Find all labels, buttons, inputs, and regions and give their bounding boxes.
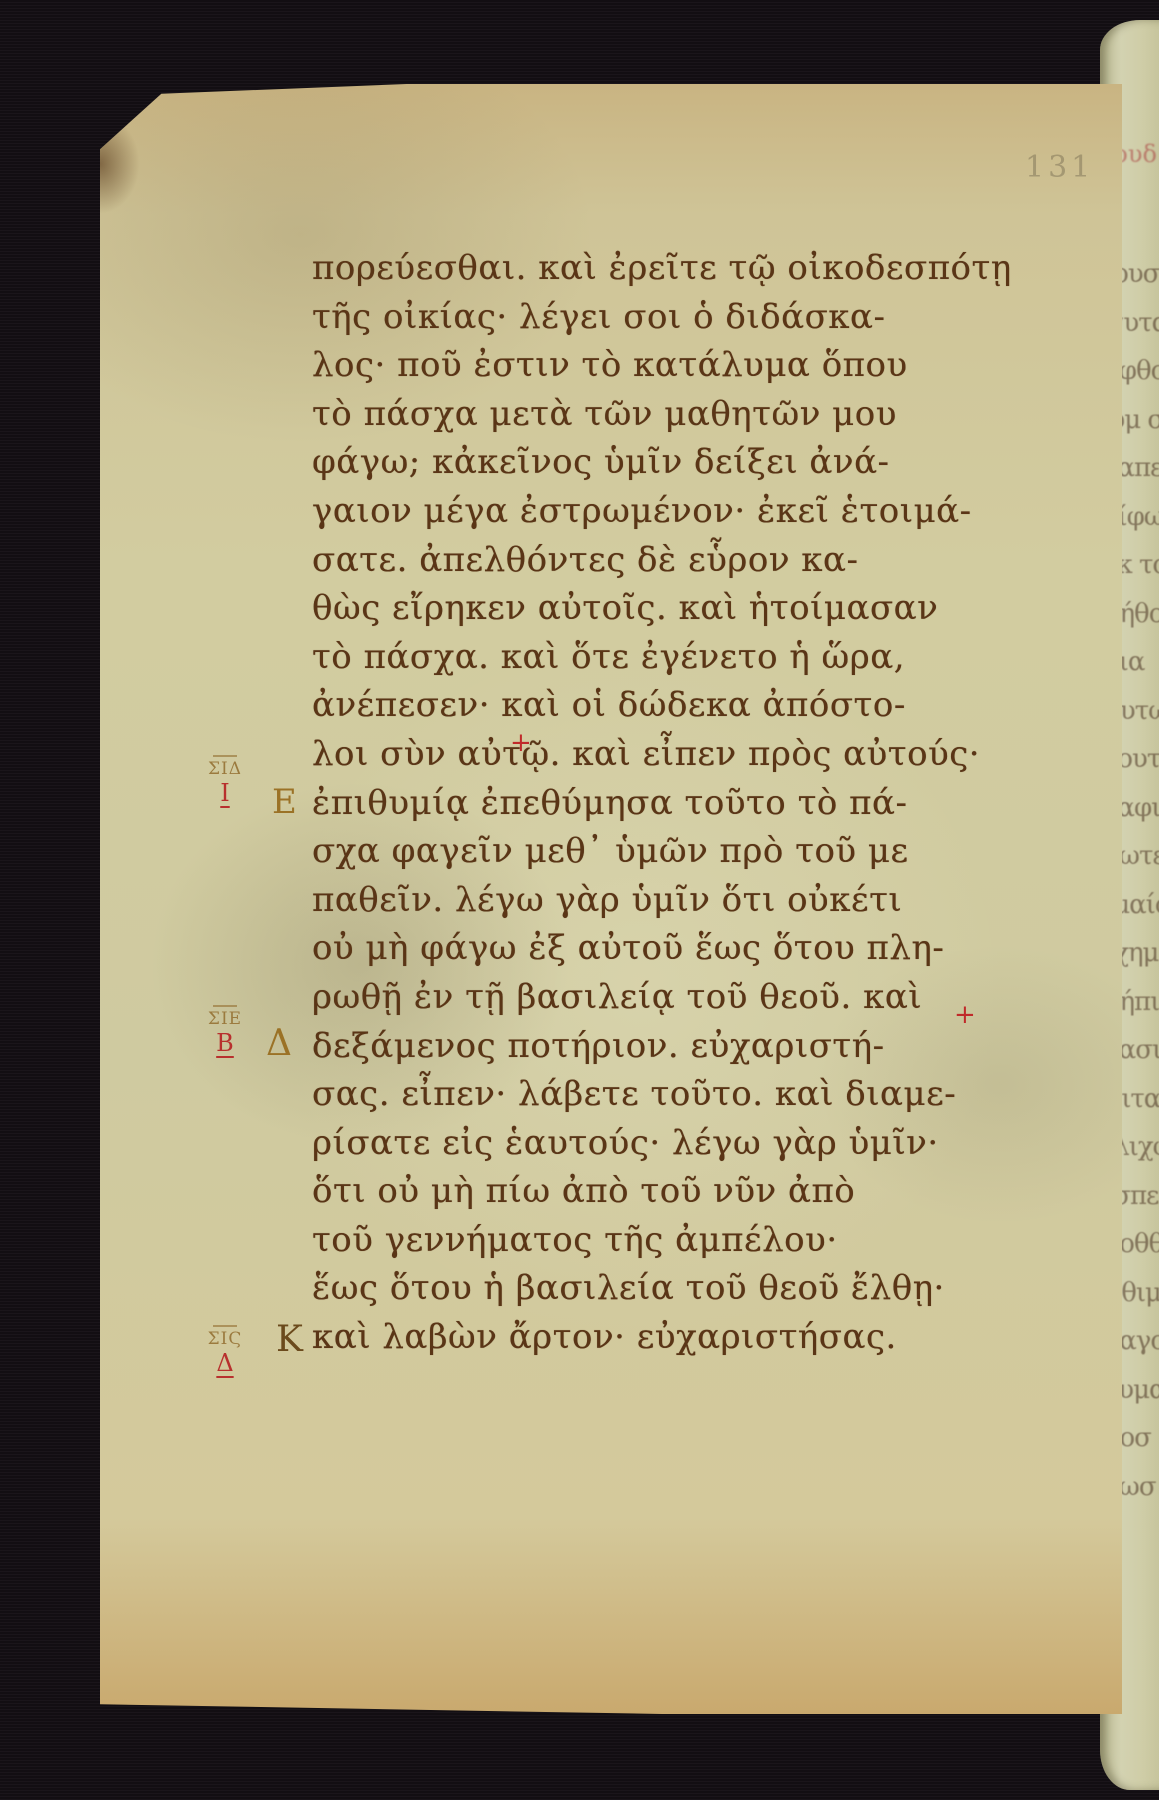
initial-epsilon: Ε: [272, 778, 297, 826]
section-number: ΣΙϚ: [195, 1329, 255, 1349]
text-line-5: φάγω; κἀκεῖνος ὑμῖν δείξει ἀνά-: [312, 438, 1102, 487]
margin-note-section-214: ΣΙΔ Ι: [195, 755, 255, 807]
text-line-2: τῆς οἰκίας· λέγει σοι ὁ διδάσκα-: [312, 293, 1102, 342]
text-line-23: καὶ λαβὼν ἄρτον· εὐχαριστήσας.: [312, 1313, 1102, 1362]
text-line-6: γαιον μέγα ἐστρωμένον· ἐκεῖ ἑτοιμά-: [312, 487, 1102, 536]
text-line-4: τὸ πάσχα μετὰ τῶν μαθητῶν μου: [312, 390, 1102, 439]
text-line-19: ρίσατε εἰς ἑαυτούς· λέγω γὰρ ὑμῖν·: [312, 1119, 1102, 1168]
text-line-9: τὸ πάσχα. καὶ ὅτε ἐγένετο ἡ ὥρα,: [312, 633, 1102, 682]
text-line-21: τοῦ γεννήματος τῆς ἀμπέλου·: [312, 1216, 1102, 1265]
initial-delta: Δ: [266, 1020, 292, 1068]
rubric-cross: +: [510, 728, 532, 758]
canon-number: Β: [195, 1029, 255, 1057]
text-line-13: σχα φαγεῖν μεθ᾽ ὑμῶν πρὸ τοῦ με: [312, 827, 1102, 876]
text-line-10: ἀνέπεσεν· καὶ οἱ δώδεκα ἀπόστο-: [312, 681, 1102, 730]
text-line-7: σατε. ἀπελθόντες δὲ εὗρον κα-: [312, 536, 1102, 585]
text-line-12: ἐπιθυμίᾳ ἐπεθύμησα τοῦτο τὸ πά-: [312, 779, 1102, 828]
manuscript-text-block: πορεύεσθαι. καὶ ἐρεῖτε τῷ οἰκοδεσπότῃ τῆ…: [312, 244, 1102, 1362]
folio-number: 131: [1025, 150, 1094, 185]
canon-number: Ι: [195, 779, 255, 807]
text-line-22: ἕως ὅτου ἡ βασιλεία τοῦ θεοῦ ἔλθῃ·: [312, 1264, 1102, 1313]
corner-stain: [100, 114, 140, 214]
text-line-14: παθεῖν. λέγω γὰρ ὑμῖν ὅτι οὐκέτι: [312, 876, 1102, 925]
text-line-8: θὼς εἴρηκεν αὐτοῖς. καὶ ἡτοίμασαν: [312, 584, 1102, 633]
text-line-20: ὅτι οὐ μὴ πίω ἀπὸ τοῦ νῦν ἀπὸ: [312, 1167, 1102, 1216]
margin-rule: [213, 1005, 237, 1007]
margin-rule: [213, 1325, 237, 1327]
section-number: ΣΙΕ: [195, 1009, 255, 1029]
text-line-15: οὐ μὴ φάγω ἐξ αὐτοῦ ἕως ὅτου πλη-: [312, 924, 1102, 973]
initial-kappa: Κ: [276, 1316, 303, 1364]
margin-rule: [213, 755, 237, 757]
margin-note-section-216: ΣΙϚ Δ: [195, 1325, 255, 1377]
text-line-1: πορεύεσθαι. καὶ ἐρεῖτε τῷ οἰκοδεσπότῃ: [312, 244, 1102, 293]
text-line-17: δεξάμενος ποτήριον. εὐχαριστή-: [312, 1022, 1102, 1071]
rubric-cross: +: [954, 1000, 976, 1030]
manuscript-scene: ιουδ ιουσικ ψυτα υφθομ ωμ σω ταπεν τίφω …: [0, 0, 1159, 1800]
text-line-11: λοι σὺν αὐτῷ. καὶ εἶπεν πρὸς αὐτούς·: [312, 730, 1102, 779]
text-line-18: σας. εἶπεν· λάβετε τοῦτο. καὶ διαμε-: [312, 1070, 1102, 1119]
text-line-3: λος· ποῦ ἐστιν τὸ κατάλυμα ὅπου: [312, 341, 1102, 390]
text-line-16: ρωθῇ ἐν τῇ βασιλείᾳ τοῦ θεοῦ. καὶ: [312, 973, 1102, 1022]
canon-number: Δ: [195, 1349, 255, 1377]
margin-note-section-215: ΣΙΕ Β: [195, 1005, 255, 1057]
section-number: ΣΙΔ: [195, 759, 255, 779]
